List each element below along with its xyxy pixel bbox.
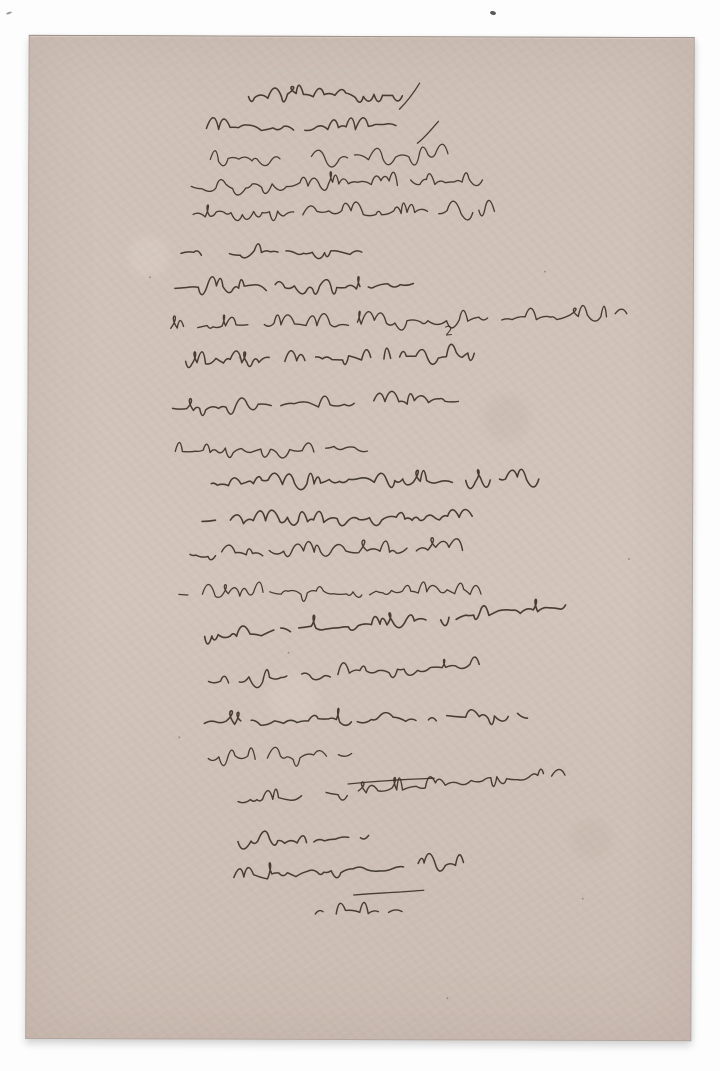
handwritten-line-14 xyxy=(190,537,463,561)
backdrop-speck xyxy=(490,10,497,15)
handwritten-line-3 xyxy=(210,143,448,167)
handwritten-line-8 xyxy=(171,304,627,331)
handwritten-line-1 xyxy=(249,85,403,102)
handwritten-line-17 xyxy=(208,656,479,688)
photo-background: { "photo": { "background_color": "#fdfdf… xyxy=(0,0,720,1071)
handwritten-line-11 xyxy=(175,443,367,459)
handwritten-line-23 xyxy=(315,902,402,914)
handwritten-line-19 xyxy=(208,747,351,766)
strike-stroke xyxy=(348,778,434,784)
manuscript-paper: 2 xyxy=(25,35,695,1041)
handwritten-line-7 xyxy=(175,276,414,295)
handwriting-layer xyxy=(26,36,693,1040)
handwritten-line-15 xyxy=(179,581,481,602)
handwritten-line-6 xyxy=(181,244,362,259)
handwritten-line-13 xyxy=(202,509,472,527)
handwritten-line-20 xyxy=(238,768,565,804)
handwritten-line-21 xyxy=(238,831,369,849)
handwritten-line-18 xyxy=(204,708,540,726)
handwritten-line-22 xyxy=(234,853,464,880)
handwritten-line-9 xyxy=(186,343,475,368)
backdrop-speck xyxy=(6,11,12,15)
flourish-stroke xyxy=(417,121,438,143)
handwritten-line-2 xyxy=(206,117,396,131)
handwritten-line-5 xyxy=(193,199,494,221)
handwritten-line-12 xyxy=(211,468,539,490)
superscript-annotation: 2 xyxy=(444,324,454,340)
handwritten-line-10 xyxy=(172,391,458,417)
handwritten-line-4 xyxy=(191,171,482,196)
handwritten-line-16 xyxy=(205,598,576,645)
underline-stroke xyxy=(354,890,424,895)
